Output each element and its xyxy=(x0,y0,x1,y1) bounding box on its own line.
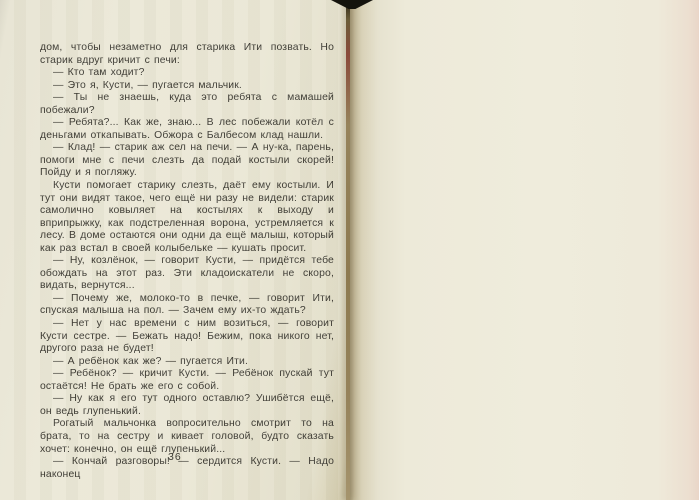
paragraph: — Ну как я его тут одного оставлю? Ушибё… xyxy=(40,393,334,418)
paragraph: — Ну, козлёнок, — говорит Кусти, — придё… xyxy=(40,255,334,293)
paragraph: Кусти помогает старику слезть, даёт ему … xyxy=(40,180,334,255)
paragraph: — Нет у нас времени с ним возиться, — го… xyxy=(40,318,334,356)
left-page-number: 36 xyxy=(168,451,182,463)
paragraph: — Ребёнок? — кричит Кусти. — Ребёнок пус… xyxy=(40,368,334,393)
paragraph: — Клад! — старик аж сел на печи. — А ну-… xyxy=(40,142,334,180)
paragraph: — Кто там ходит? xyxy=(40,67,334,80)
paragraph: — Это я, Кусти, — пугается мальчик. xyxy=(40,80,334,93)
paragraph: — Ребята?... Как же, знаю... В лес побеж… xyxy=(40,117,334,142)
paragraph: — Кончай разговоры! — сердится Кусти. — … xyxy=(40,456,334,481)
gutter-fold-line xyxy=(346,0,350,500)
paragraph: — А ребёнок как же? — пугается Ити. xyxy=(40,356,334,369)
paragraph: — Почему же, молоко-то в печке, — говори… xyxy=(40,293,334,318)
left-page-text: дом, чтобы незаметно для старика Ити поз… xyxy=(40,42,334,481)
right-page: и о себе подумать. А спорить будем да вр… xyxy=(350,0,699,500)
book-spread: дом, чтобы незаметно для старика Ити поз… xyxy=(0,0,699,500)
paragraph: — Ты не знаешь, куда это ребята с мамаше… xyxy=(40,92,334,117)
left-page: дом, чтобы незаметно для старика Ити поз… xyxy=(0,0,350,500)
paragraph: дом, чтобы незаметно для старика Ити поз… xyxy=(40,42,334,67)
paragraph: Рогатый мальчонка вопросительно смотрит … xyxy=(40,418,334,456)
